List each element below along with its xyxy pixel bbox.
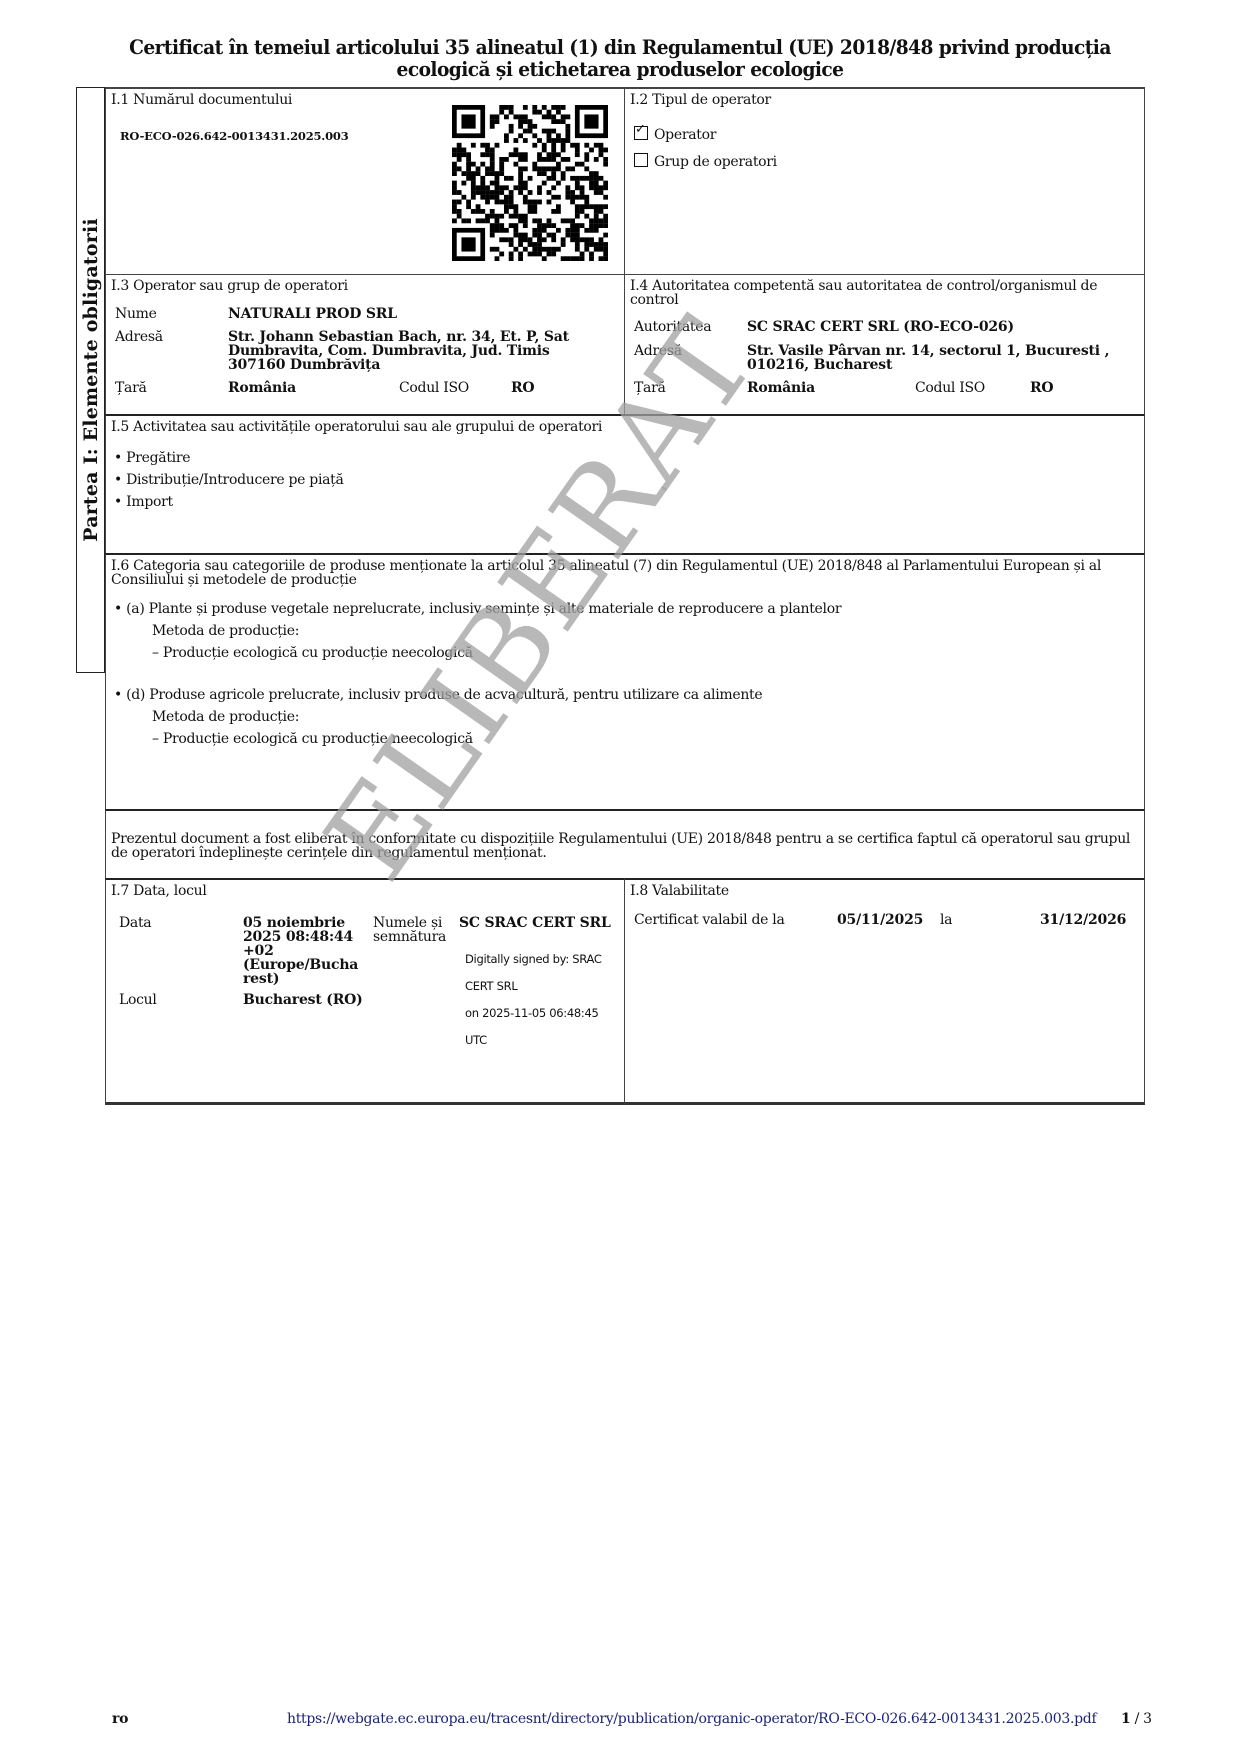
page-separator: / [1130,1711,1143,1727]
side-label-text: Partea I: Elemente obligatorii [80,218,102,542]
operator-iso: RO [511,381,534,395]
digital-signature-line: Digitally signed by: SRAC [465,952,602,966]
operator-name: NATURALI PROD SRL [228,307,397,321]
authority-iso-label: Codul ISO [915,381,985,395]
place-value: Bucharest (RO) [243,993,363,1007]
i4-header-line-1: I.4 Autoritatea competentă sau autoritat… [630,279,1097,293]
iso-label: Codul ISO [399,381,469,395]
digital-signature-line: CERT SRL [465,979,517,993]
category-title: • (a) Plante și produse vegetale neprelu… [114,601,841,617]
statement-line-1: Prezentul document a fost eliberat în co… [111,832,1130,846]
operator-country: România [228,381,296,395]
authority-address-label: Adresă [634,344,682,358]
document-number: RO-ECO-026.642-0013431.2025.003 [120,129,349,143]
operator-group-type-option[interactable]: Grup de operatori [634,153,777,170]
valid-from-date: 05/11/2025 [837,913,923,927]
i2-header: I.2 Tipul de operator [630,93,771,107]
page-indicator: 1 / 3 [1121,1711,1152,1727]
footer-document-url[interactable]: https://webgate.ec.europa.eu/tracesnt/di… [287,1711,1096,1727]
authority-label: Autoritatea [634,320,711,334]
date-line: 05 noiembrie [243,916,345,930]
statement-line-2: de operatori îndeplinește cerințele din … [111,846,547,860]
valid-to-date: 31/12/2026 [1040,913,1126,927]
part-one-side-label: Partea I: Elemente obligatorii [76,87,105,673]
section-i2-operator-type: I.2 Tipul de operator Operator Grup de o… [624,87,1145,275]
checkbox-unchecked-icon[interactable] [634,153,648,167]
authority-country: România [747,381,815,395]
date-line: 2025 08:48:44 [243,930,353,944]
operator-type-option[interactable]: Operator [634,126,716,143]
i5-header: I.5 Activitatea sau activitățile operato… [111,420,602,434]
signature-label-line-1: Numele și [373,916,442,930]
method-value: – Producție ecologică cu producție neeco… [152,645,473,661]
authority-iso: RO [1030,381,1053,395]
date-line: rest) [243,972,279,986]
page-total: 3 [1143,1711,1152,1727]
activity-item: • Import [114,494,173,510]
section-i4-authority: I.4 Autoritatea competentă sau autoritat… [624,274,1145,415]
country-label: Țară [115,381,147,395]
operator-address-line-2: Dumbravita, Com. Dumbravita, Jud. Timis [228,344,550,358]
digital-signature-line: UTC [465,1033,487,1047]
section-i7-date-place: I.7 Data, locul Data 05 noiembrie 2025 0… [105,878,625,1105]
valid-from-label: Certificat valabil de la [634,913,785,927]
authority-country-label: Țară [634,381,666,395]
date-line: (Europe/Bucha [243,958,358,972]
operator-address-line-1: Str. Johann Sebastian Bach, nr. 34, Et. … [228,330,569,344]
certificate-title: Certificat în temeiul articolului 35 ali… [99,36,1141,80]
method-label: Metoda de producție: [152,623,299,639]
authority-address-line-1: Str. Vasile Pârvan nr. 14, sectorul 1, B… [747,344,1109,358]
date-line: +02 [243,944,274,958]
method-label: Metoda de producție: [152,709,299,725]
authority-address-line-2: 010216, Bucharest [747,358,892,372]
i3-header: I.3 Operator sau grup de operatori [111,279,348,293]
digital-signature-line: on 2025-11-05 06:48:45 [465,1006,599,1020]
option-label: Operator [654,127,716,143]
i4-header-line-2: control [630,293,678,307]
section-i5-activities: I.5 Activitatea sau activitățile operato… [105,414,1145,554]
activity-item: • Pregătire [114,450,190,466]
address-label: Adresă [115,330,163,344]
i8-header: I.8 Valabilitate [630,884,729,898]
name-label: Nume [115,307,157,321]
i7-header: I.7 Data, locul [111,884,207,898]
signer-name: SC SRAC CERT SRL [459,916,611,930]
i1-header: I.1 Numărul documentului [111,93,292,107]
activity-item: • Distribuție/Introducere pe piață [114,472,344,488]
checkbox-checked-icon[interactable] [634,126,648,140]
authority-name: SC SRAC CERT SRL (RO-ECO-026) [747,320,1014,334]
place-label: Locul [119,993,157,1007]
method-value: – Producție ecologică cu producție neeco… [152,731,473,747]
option-label: Grup de operatori [654,154,777,170]
date-label: Data [119,916,151,930]
i6-header-line-2: Consiliului și metodele de producție [111,573,357,587]
valid-to-label: la [940,913,952,927]
operator-address-line-3: 307160 Dumbrăvița [228,358,380,372]
section-i3-operator: I.3 Operator sau grup de operatori Nume … [105,274,625,415]
category-title: • (d) Produse agricole prelucrate, inclu… [114,687,762,703]
qr-code-icon [452,105,608,261]
issuance-statement: Prezentul document a fost eliberat în co… [105,809,1145,879]
section-i6-product-categories: I.6 Categoria sau categoriile de produse… [105,553,1145,810]
signature-label-line-2: semnătura [373,930,446,944]
footer-language: ro [112,1711,128,1727]
i6-header-line-1: I.6 Categoria sau categoriile de produse… [111,559,1101,573]
section-i8-validity: I.8 Valabilitate Certificat valabil de l… [624,878,1145,1105]
